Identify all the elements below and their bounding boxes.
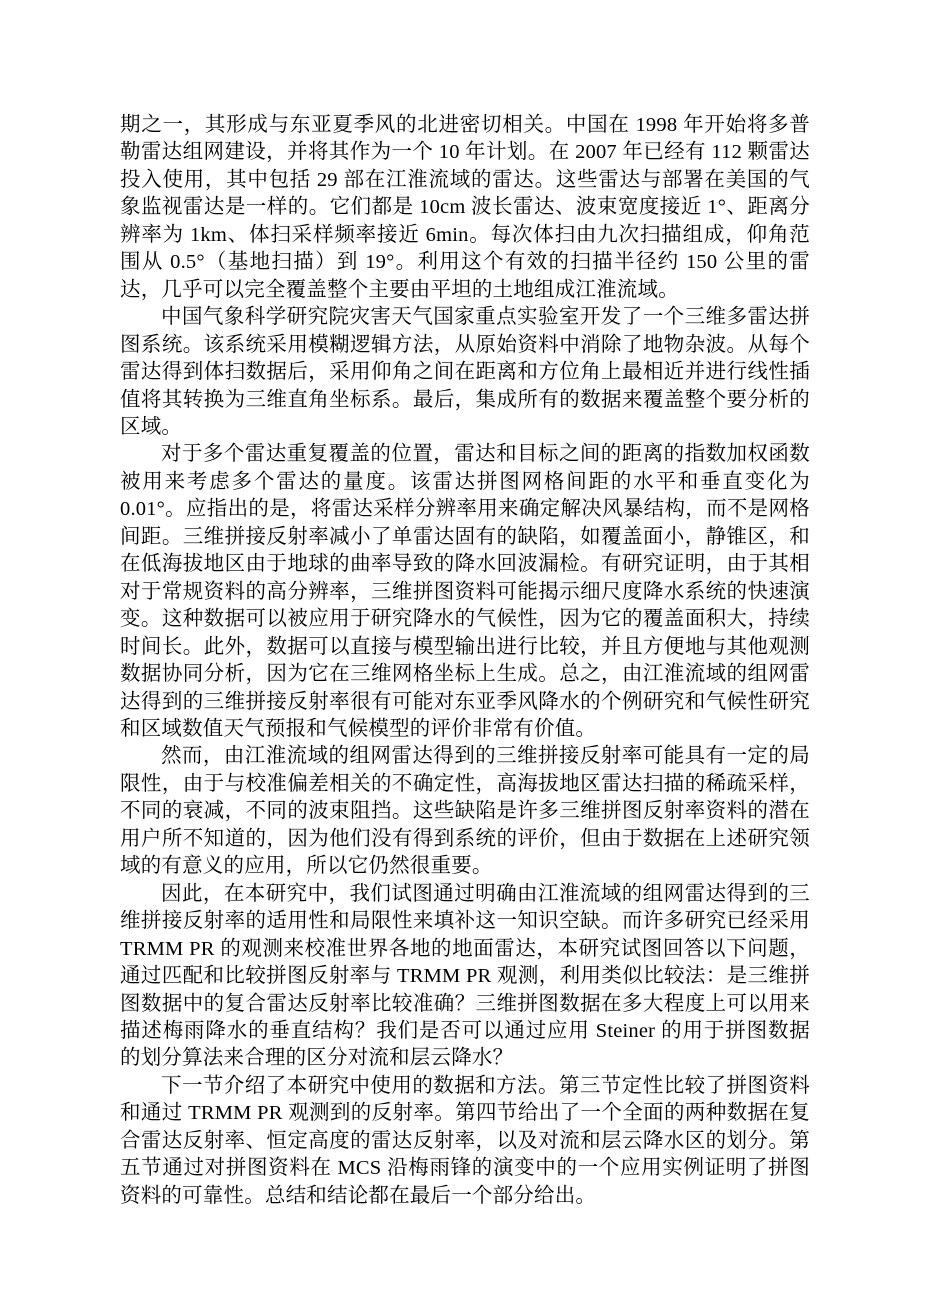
document-page: 期之一，其形成与东亚夏季风的北进密切相关。中国在 1998 年开始将多普勒雷达组… [0,0,926,1309]
document-paragraph: 期之一，其形成与东亚夏季风的北进密切相关。中国在 1998 年开始将多普勒雷达组… [120,112,810,304]
document-paragraph: 下一节介绍了本研究中使用的数据和方法。第三节定性比较了拼图资料和通过 TRMM … [120,1073,810,1210]
document-paragraph: 然而，由江淮流域的组网雷达得到的三维拼接反射率可能具有一定的局限性，由于与校准偏… [120,743,810,880]
document-paragraph: 对于多个雷达重复覆盖的位置，雷达和目标之间的距离的指数加权函数被用来考虑多个雷达… [120,441,810,743]
document-body-text: 期之一，其形成与东亚夏季风的北进密切相关。中国在 1998 年开始将多普勒雷达组… [120,112,810,1210]
document-paragraph: 中国气象科学研究院灾害天气国家重点实验室开发了一个三维多雷达拼图系统。该系统采用… [120,304,810,441]
document-paragraph: 因此，在本研究中，我们试图通过明确由江淮流域的组网雷达得到的三维拼接反射率的适用… [120,881,810,1073]
